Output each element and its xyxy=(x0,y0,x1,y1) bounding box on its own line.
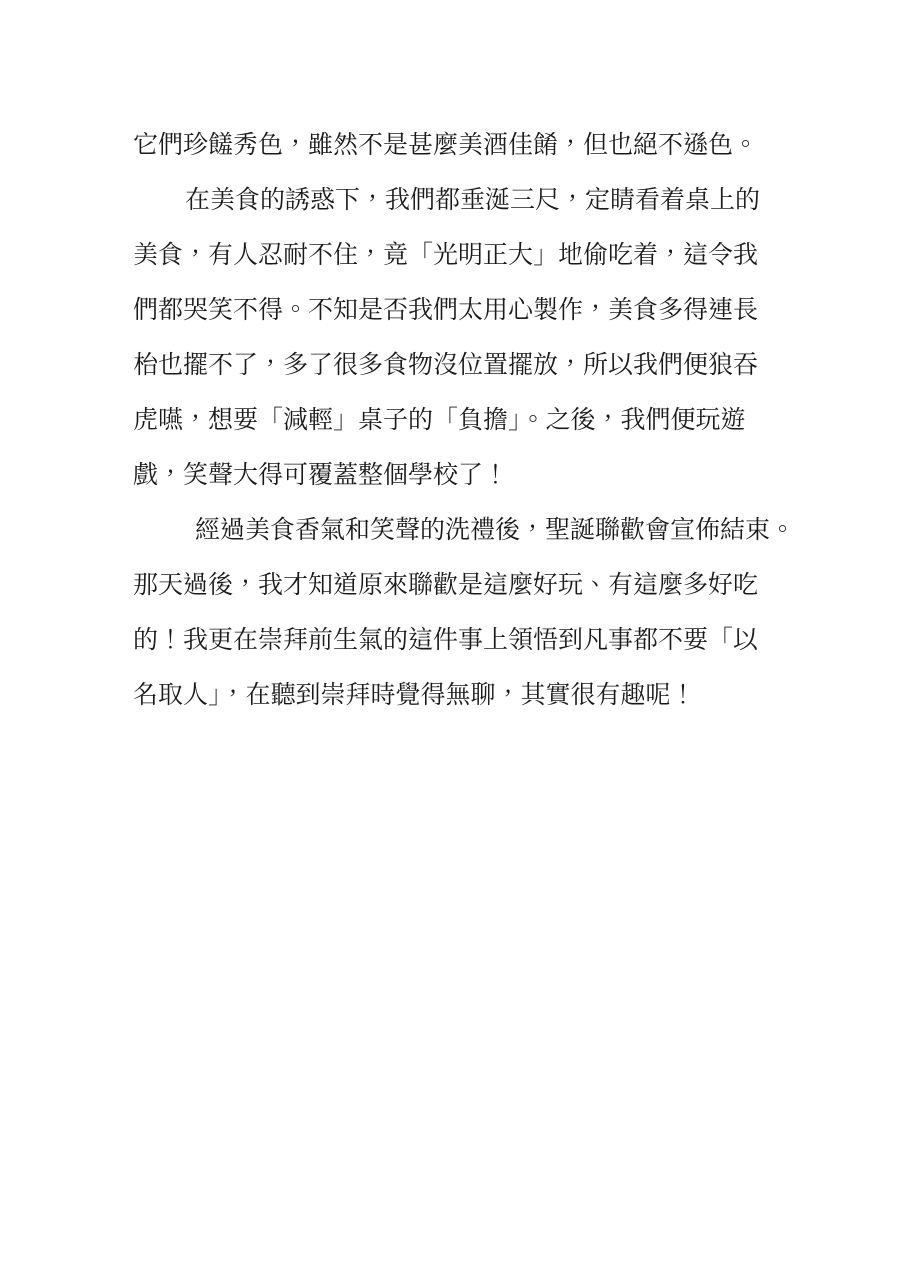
text-line: 戲，笑聲大得可覆蓋整個學校了！ xyxy=(133,448,758,503)
text-line: 那天過後，我才知道原來聯歡是這麼好玩、有這麼多好吃 xyxy=(133,558,758,613)
text-line: 在美食的誘惑下，我們都垂涎三尺，定睛看着桌上的 xyxy=(133,173,758,228)
text-line: 美食，有人忍耐不住，竟「光明正大」地偷吃着，這令我 xyxy=(133,228,758,283)
text-line: 虎嚥，想要「減輕」桌子的「負擔」。之後，我們便玩遊 xyxy=(133,393,758,448)
text-line: 枱也擺不了，多了很多食物沒位置擺放，所以我們便狼吞 xyxy=(133,338,758,393)
text-line: 名取人」，在聽到崇拜時覺得無聊，其實很有趣呢！ xyxy=(133,668,758,723)
text-line: 的！我更在崇拜前生氣的這件事上領悟到凡事都不要「以 xyxy=(133,613,758,668)
text-column: 它們珍饈秀色，雖然不是甚麼美酒佳餚，但也絕不遜色。在美食的誘惑下，我們都垂涎三尺… xyxy=(133,118,758,723)
document-page: 它們珍饈秀色，雖然不是甚麼美酒佳餚，但也絕不遜色。在美食的誘惑下，我們都垂涎三尺… xyxy=(0,0,905,1280)
text-line: 經過美食香氣和笑聲的洗禮後，聖誕聯歡會宣佈結束。 xyxy=(133,503,758,558)
text-line: 們都哭笑不得。不知是否我們太用心製作，美食多得連長 xyxy=(133,283,758,338)
text-line: 它們珍饈秀色，雖然不是甚麼美酒佳餚，但也絕不遜色。 xyxy=(133,118,758,173)
